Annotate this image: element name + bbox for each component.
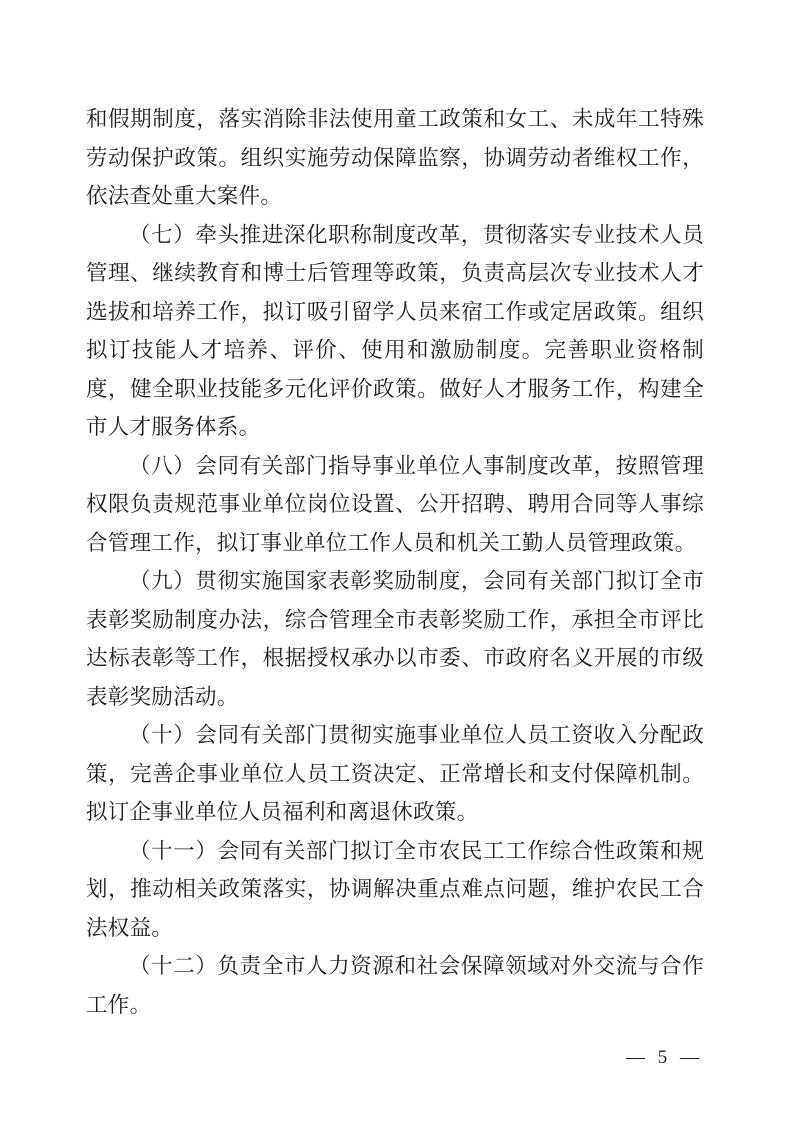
- paragraph-item-10: （十）会同有关部门贯彻实施事业单位人员工资收入分配政策，完善企事业单位人员工资决…: [86, 716, 704, 832]
- paragraph-continuation: 和假期制度，落实消除非法使用童工政策和女工、未成年工特殊劳动保护政策。组织实施劳…: [86, 100, 704, 216]
- document-body: 和假期制度，落实消除非法使用童工政策和女工、未成年工特殊劳动保护政策。组织实施劳…: [86, 100, 704, 1024]
- document-page: 和假期制度，落实消除非法使用童工政策和女工、未成年工特殊劳动保护政策。组织实施劳…: [0, 0, 793, 1122]
- paragraph-item-7: （七）牵头推进深化职称制度改革，贯彻落实专业技术人员管理、继续教育和博士后管理等…: [86, 216, 704, 447]
- paragraph-item-12: （十二）负责全市人力资源和社会保障领域对外交流与合作工作。: [86, 947, 704, 1024]
- paragraph-item-9: （九）贯彻实施国家表彰奖励制度，会同有关部门拟订全市表彰奖励制度办法，综合管理全…: [86, 562, 704, 716]
- page-number: — 5 —: [626, 1046, 703, 1070]
- paragraph-item-11: （十一）会同有关部门拟订全市农民工工作综合性政策和规划，推动相关政策落实，协调解…: [86, 832, 704, 948]
- paragraph-item-8: （八）会同有关部门指导事业单位人事制度改革，按照管理权限负责规范事业单位岗位设置…: [86, 447, 704, 563]
